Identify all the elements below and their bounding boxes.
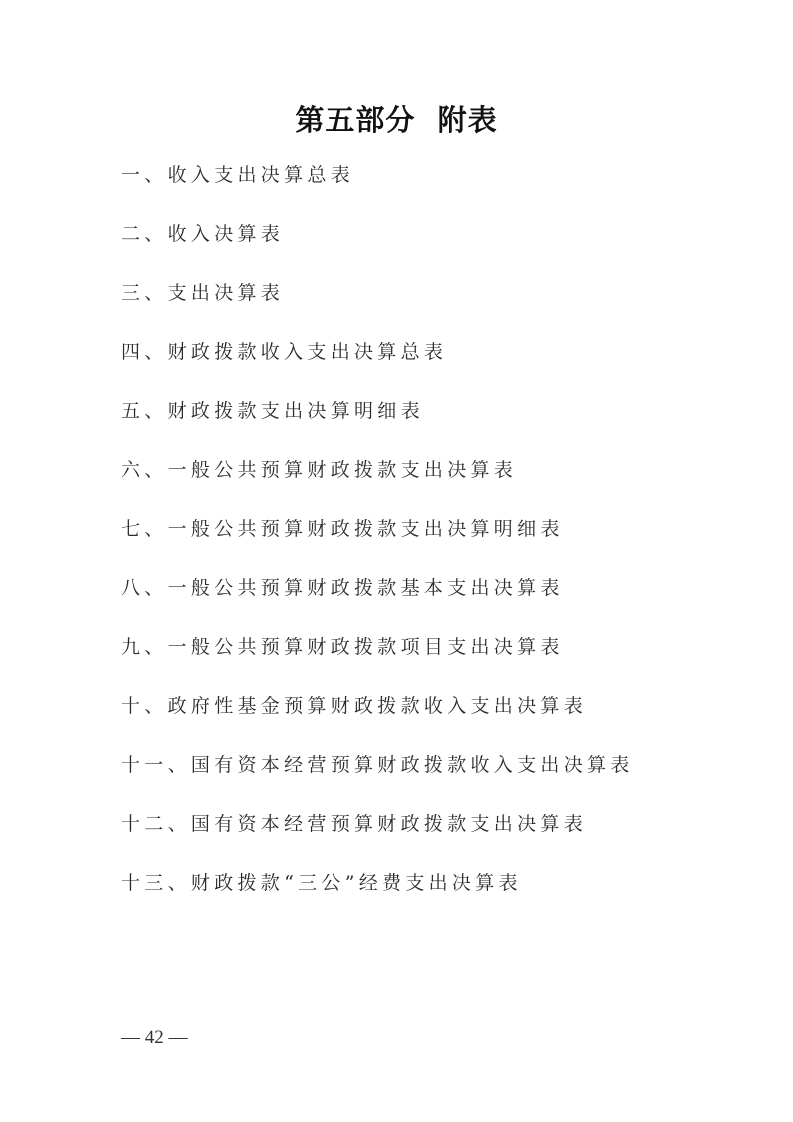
- toc-item-number: 十一、: [121, 754, 191, 776]
- toc-item-number: 九、: [121, 636, 168, 658]
- appendix-table-list: 一、收入支出决算总表 二、收入决算表 三、支出决算表 四、财政拨款收入支出决算总…: [121, 160, 634, 927]
- toc-item-number: 三、: [121, 282, 168, 304]
- toc-item-number: 十三、: [121, 872, 191, 894]
- toc-item-number: 十、: [121, 695, 168, 717]
- toc-item-13: 十三、财政拨款“三公”经费支出决算表: [121, 868, 634, 927]
- toc-item-label: 一般公共预算财政拨款基本支出决算表: [168, 577, 564, 599]
- toc-item-3: 三、支出决算表: [121, 278, 634, 337]
- toc-item-8: 八、一般公共预算财政拨款基本支出决算表: [121, 573, 634, 632]
- toc-item-9: 九、一般公共预算财政拨款项目支出决算表: [121, 632, 634, 691]
- toc-item-number: 二、: [121, 223, 168, 245]
- toc-item-label: 一般公共预算财政拨款支出决算表: [168, 459, 518, 481]
- page-number: — 42 —: [121, 1027, 188, 1049]
- toc-item-label: 财政拨款收入支出决算总表: [168, 341, 448, 363]
- toc-item-label: 支出决算表: [168, 282, 285, 304]
- toc-item-7: 七、一般公共预算财政拨款支出决算明细表: [121, 514, 634, 573]
- toc-item-number: 一、: [121, 164, 168, 186]
- toc-item-5: 五、财政拨款支出决算明细表: [121, 396, 634, 455]
- toc-item-label: 收入决算表: [168, 223, 285, 245]
- toc-item-number: 七、: [121, 518, 168, 540]
- toc-item-label: 一般公共预算财政拨款支出决算明细表: [168, 518, 564, 540]
- toc-item-label: 国有资本经营预算财政拨款收入支出决算表: [191, 754, 634, 776]
- page-title: 第五部分 附表: [0, 98, 793, 139]
- toc-item-1: 一、收入支出决算总表: [121, 160, 634, 219]
- toc-item-10: 十、政府性基金预算财政拨款收入支出决算表: [121, 691, 634, 750]
- toc-item-label: 一般公共预算财政拨款项目支出决算表: [168, 636, 564, 658]
- toc-item-6: 六、一般公共预算财政拨款支出决算表: [121, 455, 634, 514]
- toc-item-label: 财政拨款“三公”经费支出决算表: [191, 872, 522, 894]
- toc-item-label: 收入支出决算总表: [168, 164, 354, 186]
- toc-item-label: 财政拨款支出决算明细表: [168, 400, 424, 422]
- toc-item-2: 二、收入决算表: [121, 219, 634, 278]
- toc-item-number: 五、: [121, 400, 168, 422]
- toc-item-12: 十二、国有资本经营预算财政拨款支出决算表: [121, 809, 634, 868]
- toc-item-number: 四、: [121, 341, 168, 363]
- toc-item-11: 十一、国有资本经营预算财政拨款收入支出决算表: [121, 750, 634, 809]
- toc-item-number: 十二、: [121, 813, 191, 835]
- toc-item-number: 八、: [121, 577, 168, 599]
- toc-item-label: 国有资本经营预算财政拨款支出决算表: [191, 813, 587, 835]
- toc-item-4: 四、财政拨款收入支出决算总表: [121, 337, 634, 396]
- toc-item-number: 六、: [121, 459, 168, 481]
- toc-item-label: 政府性基金预算财政拨款收入支出决算表: [168, 695, 587, 717]
